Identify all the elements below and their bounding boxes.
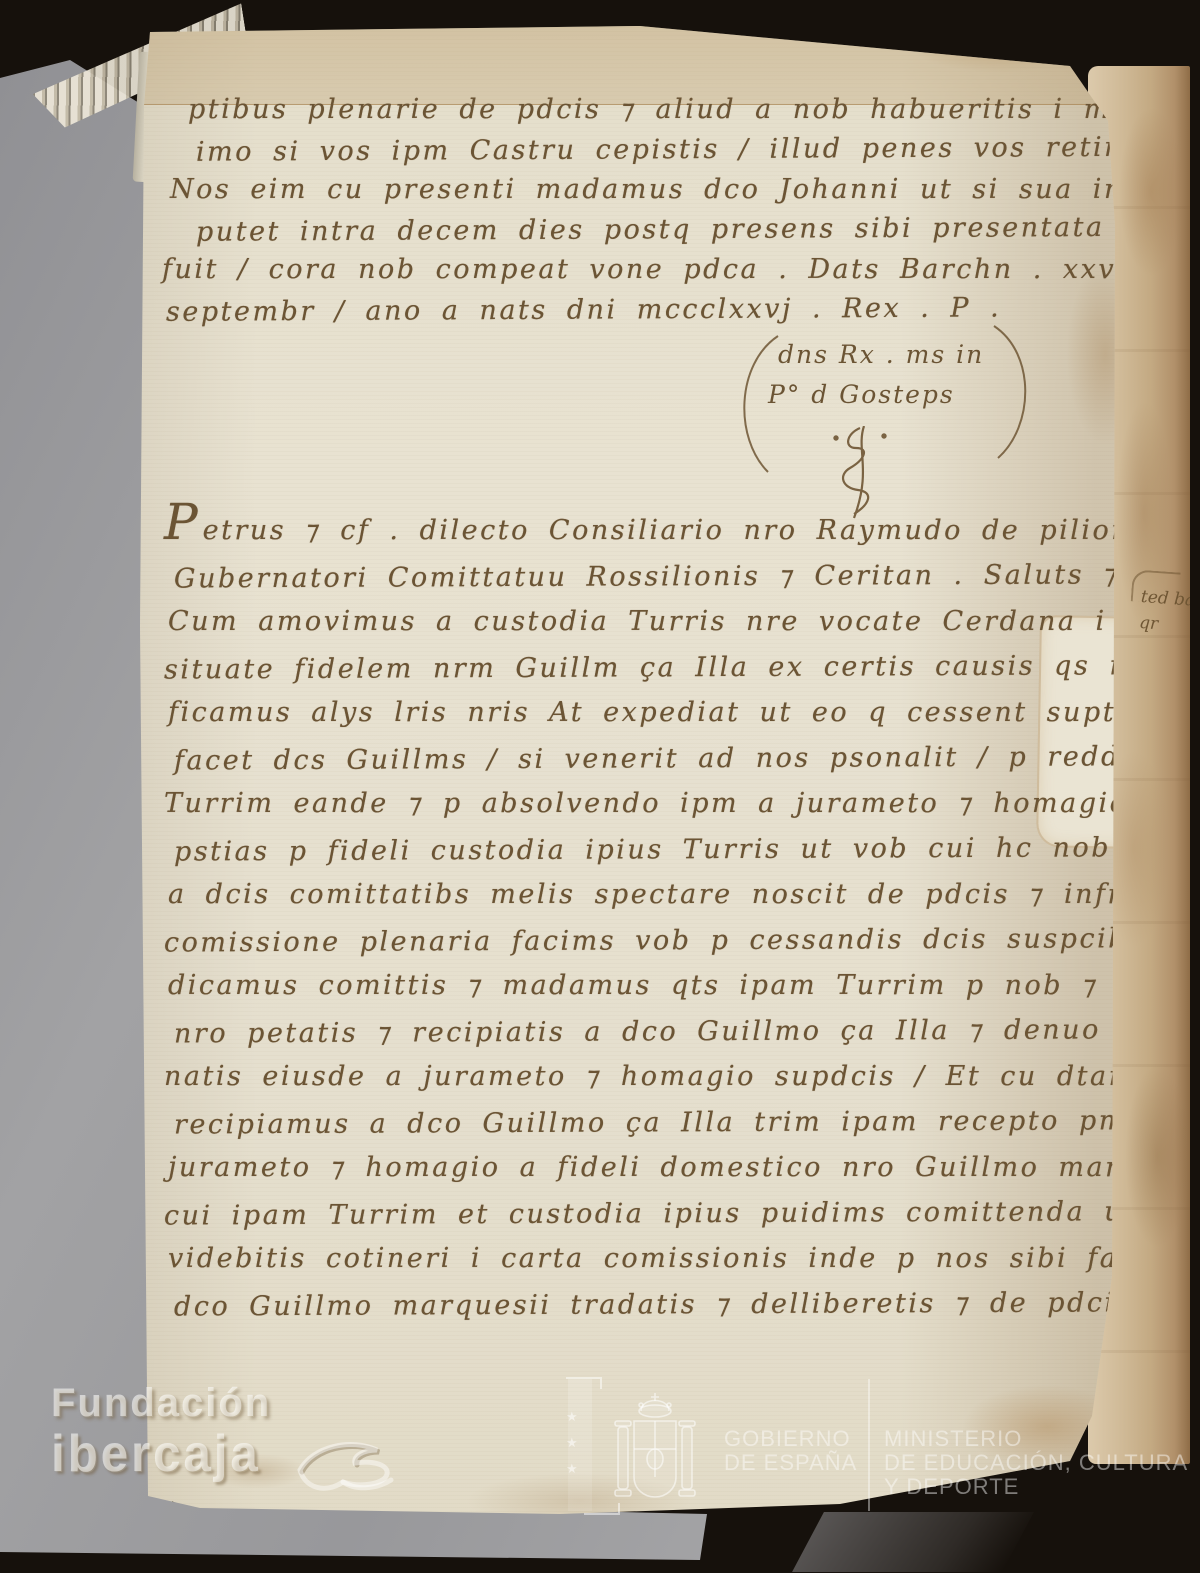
gobierno-line: DE ESPAÑA — [724, 1451, 857, 1475]
manuscript-line: nro petatis ⁊ recipiatis a dco Guillmo ç… — [174, 1006, 1200, 1056]
ibercaja-watermark: Fundación ibercaja — [52, 1382, 273, 1485]
ibercaja-watermark-line: Fundación — [52, 1382, 273, 1427]
manuscript-line: comissione plenaria facims vob p cessand… — [164, 915, 1200, 965]
spain-coat-of-arms-icon — [612, 1389, 698, 1509]
manuscript-line: a dcis comittatibs melis spectare noscit… — [168, 872, 1200, 918]
manuscript-line: dicamus comittis ⁊ madamus qts ipam Turr… — [168, 963, 1200, 1009]
manuscript-line: pstias p fideli custodia ipius Turris ut… — [174, 824, 1200, 874]
ministerio-line: MINISTERIO — [884, 1427, 1188, 1451]
gobierno-line: GOBIERNO — [724, 1427, 857, 1451]
eu-bracket-tick — [566, 1377, 602, 1389]
manuscript-line: Cum amovimus a custodia Turris nre vocat… — [168, 599, 1200, 645]
manuscript-line: cui ipam Turrim et custodia ipius puidim… — [164, 1188, 1200, 1238]
closing-text-block: ptibus plenarie de pdcis ⁊ aliud a nob h… — [188, 90, 1200, 330]
ministerio-line: Y DEPORTE — [884, 1475, 1188, 1499]
manuscript-line: ptibus plenarie de pdcis ⁊ aliud a nob h… — [188, 90, 1200, 130]
adjacent-note-line: qr — [1138, 610, 1190, 640]
manuscript-line: putet intra decem dies postq presens sib… — [196, 207, 1200, 252]
manuscript-line: fuit / cora nob compeat vone pdca . Dats… — [162, 250, 1200, 290]
signature-line: dns Rx . ms in — [778, 340, 984, 369]
eu-star-icon — [566, 1435, 578, 1451]
manuscript-line: Nos eim cu presenti madamus dco Johanni … — [170, 170, 1200, 210]
manuscript-line: situate fidelem nrm Guillm ça Illa ex ce… — [164, 642, 1200, 692]
ministerio-line: DE EDUCACIÓN, CULTURA — [884, 1451, 1188, 1475]
adjacent-page-note: ted ba qr — [1138, 584, 1190, 640]
ministerio-wordmark: MINISTERIO DE EDUCACIÓN, CULTURA Y DEPOR… — [884, 1427, 1188, 1499]
manuscript-line: facet dcs Guillms / si venerit ad nos ps… — [174, 733, 1200, 783]
note-bracket-flourish — [1131, 569, 1181, 604]
manuscript-line: Petrus ⁊ cf . dilecto Consiliario nro Ra… — [164, 500, 1200, 554]
eu-star-icon — [566, 1409, 578, 1425]
manuscript-line: Gubernatori Comittatuu Rossilionis ⁊ Cer… — [174, 551, 1200, 601]
manuscript-line: natis eiusde a jurameto ⁊ homagio supdci… — [164, 1054, 1200, 1100]
manuscript-line: recipiamus a dco Guillmo ça Illa trim ip… — [174, 1097, 1200, 1147]
manuscript-line: septembr / ano a nats dni mccclxxvj . Re… — [166, 287, 1200, 333]
flourish-right-icon — [990, 324, 1040, 464]
letter-text-block: Petrus ⁊ cf . dilecto Consiliario nro Ra… — [168, 500, 1200, 1327]
gobierno-wordmark: GOBIERNO DE ESPAÑA — [724, 1427, 857, 1475]
watermark-divider — [868, 1379, 870, 1511]
manuscript-page: ptibus plenarie de pdcis ⁊ aliud a nob h… — [140, 26, 1115, 1516]
manuscript-line: ficamus alys lris nris At expediat ut eo… — [168, 690, 1200, 736]
manuscript-line: imo si vos ipm Castru cepistis / illud p… — [196, 127, 1200, 172]
ibercaja-watermark-line: ibercaja — [52, 1425, 262, 1485]
manuscript-line: jurameto ⁊ homagio a fideli domestico nr… — [168, 1145, 1200, 1191]
government-watermark: GOBIERNO DE ESPAÑA MINISTERIO DE EDUCACI… — [560, 1375, 1200, 1525]
manuscript-line: videbitis cotineri i carta comissionis i… — [168, 1236, 1200, 1282]
ibercaja-swan-logo-icon — [295, 1432, 405, 1502]
manuscript-line: Turrim eande ⁊ p absolvendo ipm a jurame… — [164, 781, 1200, 827]
eu-star-icon — [566, 1461, 578, 1477]
manuscript-line: dco Guillmo marquesii tradatis ⁊ dellibe… — [174, 1279, 1200, 1329]
signature-line: P° d Gosteps — [768, 380, 955, 409]
